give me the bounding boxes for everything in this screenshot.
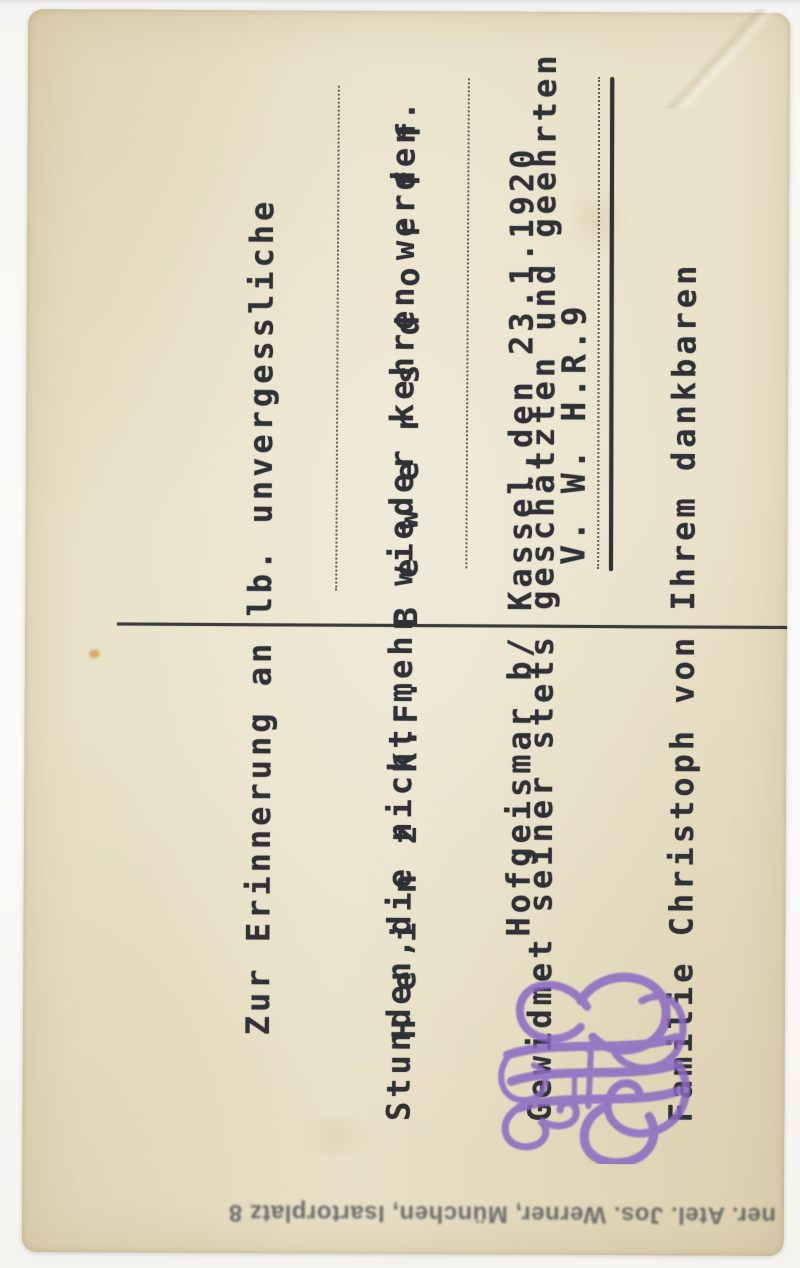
dedication-message: Zur Erinnerung an lb. unvergessliche Stu… bbox=[140, 49, 800, 1123]
unit-code-line: V. W. H.R.9 bbox=[553, 302, 593, 565]
postcard: Zur Erinnerung an lb. unvergessliche Stu… bbox=[22, 9, 790, 1256]
scan-background: Zur Erinnerung an lb. unvergessliche Stu… bbox=[0, 0, 800, 1268]
photographer-imprint: ner. Atel. Jos. Werner, München, Isartor… bbox=[52, 1185, 776, 1229]
message-line: Zur Erinnerung an lb. unvergessliche bbox=[234, 50, 287, 1120]
signature-name: H e i n z K.F. B e w e r s d o r f f bbox=[385, 117, 428, 1039]
place-date-line: Hofgeismar b/ Kassel,den 23.1.1920 bbox=[499, 145, 541, 936]
monogram-stamp-icon bbox=[488, 955, 693, 1164]
